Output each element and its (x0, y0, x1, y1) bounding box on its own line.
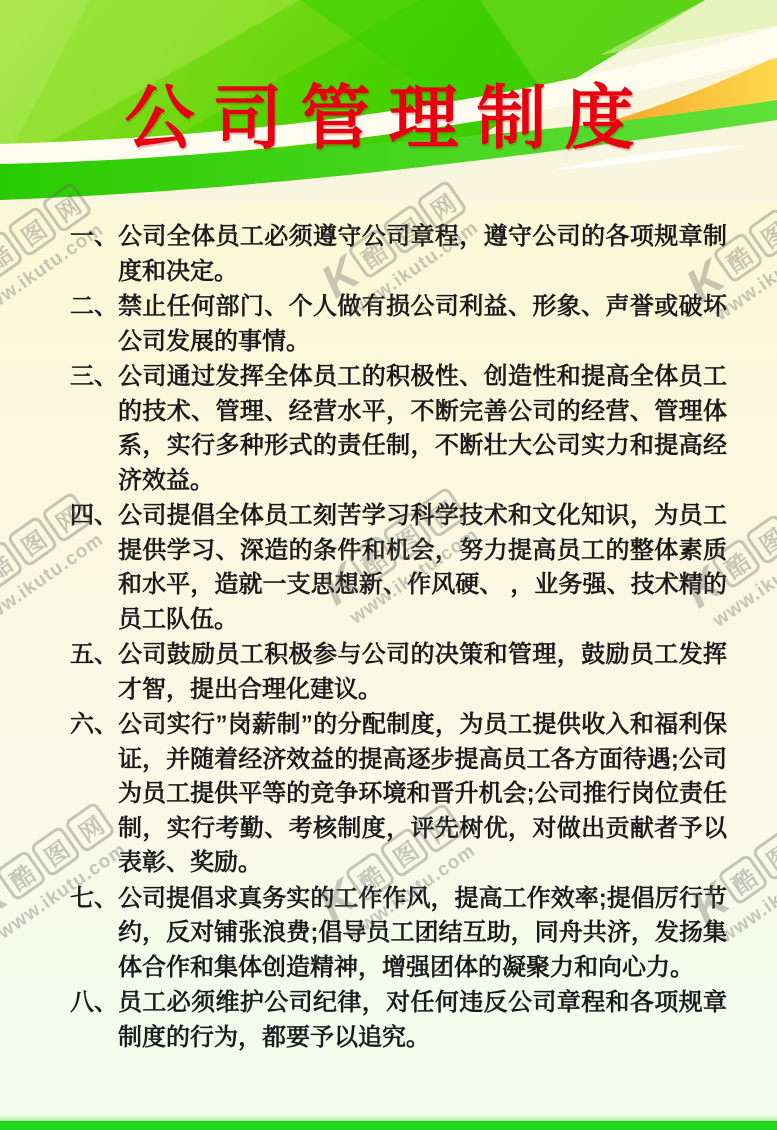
header-banner: 公司管理制度 (0, 0, 777, 205)
rule-text: 员工必须维护公司纪律，对任何违反公司章程和各项规章制度的行为，都要予以追究。 (118, 986, 727, 1055)
rule-text: 公司提倡全体员工刻苦学习科学技术和文化知识，为员工提供学习、深造的条件和机会，努… (118, 499, 727, 637)
rule-number: 四、 (70, 499, 118, 534)
rule-number: 一、 (70, 220, 118, 255)
rule-number: 五、 (70, 638, 118, 673)
rule-text: 禁止任何部门、个人做有损公司利益、形象、声誉或破坏公司发展的事情。 (118, 290, 727, 359)
rule-text: 公司全体员工必须遵守公司章程，遵守公司的各项规章制度和决定。 (118, 220, 727, 289)
rule-text: 公司实行”岗薪制”的分配制度，为员工提供收入和福利保证，并随着经济效益的提高逐步… (118, 708, 727, 881)
rule-item-2: 二、 禁止任何部门、个人做有损公司利益、形象、声誉或破坏公司发展的事情。 (70, 290, 727, 359)
rule-number: 八、 (70, 986, 118, 1021)
rule-item-5: 五、 公司鼓励员工积极参与公司的决策和管理，鼓励员工发挥才智，提出合理化建议。 (70, 638, 727, 707)
rule-text: 公司提倡求真务实的工作作风，提高工作效率;提倡厉行节约，反对铺张浪费;倡导员工团… (118, 882, 727, 986)
poster-root: 公司管理制度 一、 公司全体员工必须遵守公司章程，遵守公司的各项规章制度和决定。… (0, 0, 777, 1130)
rule-item-3: 三、 公司通过发挥全体员工的积极性、创造性和提高全体员工的技术、管理、经营水平，… (70, 360, 727, 498)
rule-number: 六、 (70, 708, 118, 743)
rules-list: 一、 公司全体员工必须遵守公司章程，遵守公司的各项规章制度和决定。 二、 禁止任… (0, 208, 777, 1056)
rule-text: 公司鼓励员工积极参与公司的决策和管理，鼓励员工发挥才智，提出合理化建议。 (118, 638, 727, 707)
rule-number: 七、 (70, 882, 118, 917)
rule-number: 二、 (70, 290, 118, 325)
poster-title: 公司管理制度 (0, 62, 777, 163)
rule-item-8: 八、 员工必须维护公司纪律，对任何违反公司章程和各项规章制度的行为，都要予以追究… (70, 986, 727, 1055)
rule-item-4: 四、 公司提倡全体员工刻苦学习科学技术和文化知识，为员工提供学习、深造的条件和机… (70, 499, 727, 637)
rule-text: 公司通过发挥全体员工的积极性、创造性和提高全体员工的技术、管理、经营水平，不断完… (118, 360, 727, 498)
rule-number: 三、 (70, 360, 118, 395)
rule-item-1: 一、 公司全体员工必须遵守公司章程，遵守公司的各项规章制度和决定。 (70, 220, 727, 289)
rule-item-7: 七、 公司提倡求真务实的工作作风，提高工作效率;提倡厉行节约，反对铺张浪费;倡导… (70, 882, 727, 986)
bottom-green-bar (0, 1121, 777, 1130)
rule-item-6: 六、 公司实行”岗薪制”的分配制度，为员工提供收入和福利保证，并随着经济效益的提… (70, 708, 727, 881)
